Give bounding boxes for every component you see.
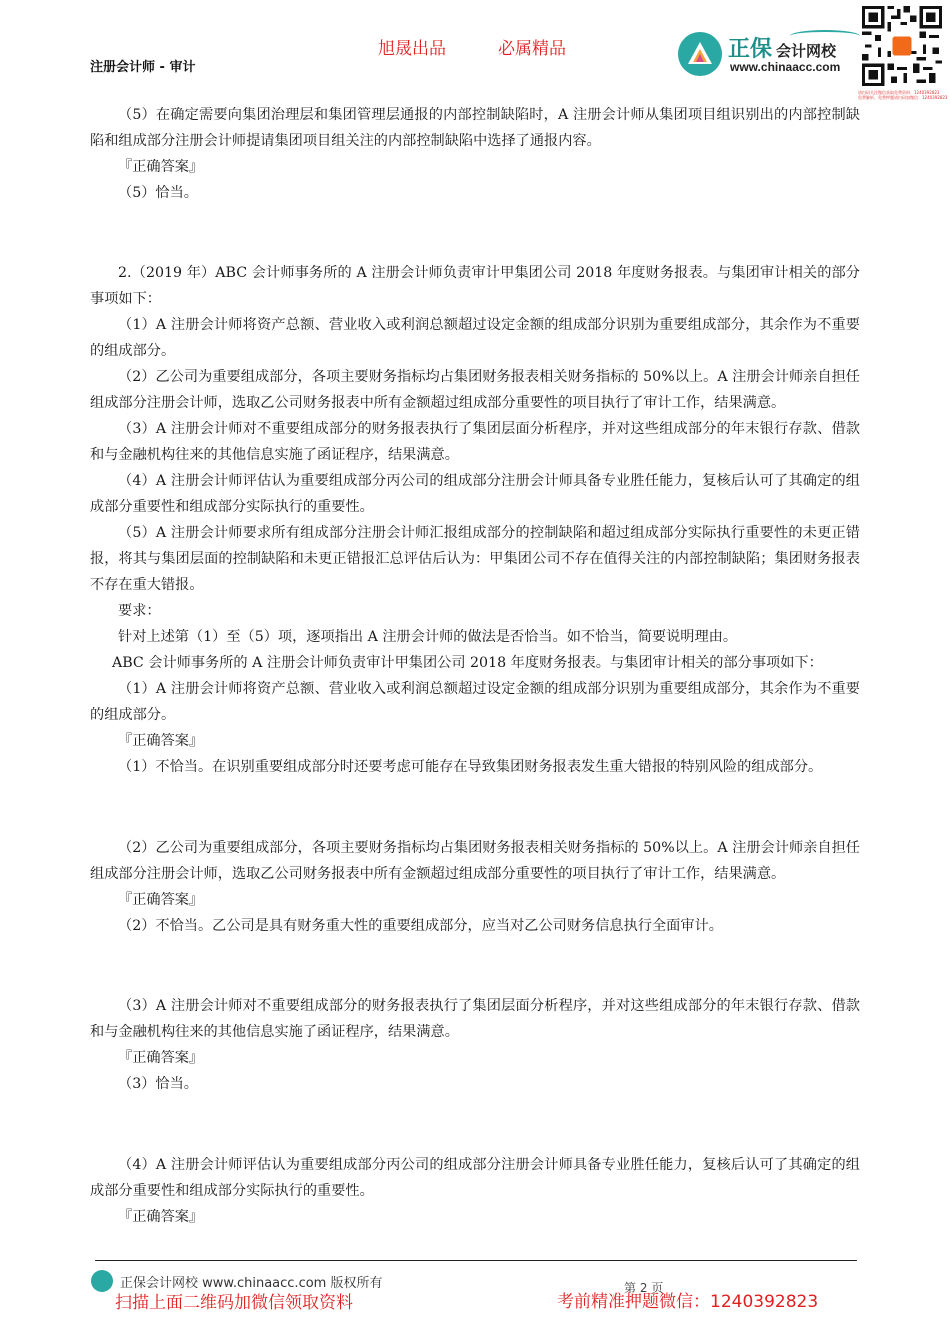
promo-right: 考前精准押题微信：1240392823 xyxy=(557,1287,818,1312)
slogan-right: 必属精品 xyxy=(498,34,566,59)
answer-label: 『正确答案』 xyxy=(90,887,860,913)
paragraph-gap xyxy=(90,795,860,821)
paragraph: （5）A 注册会计师要求所有组成部分注册会计师汇报组成部分的控制缺陷和超过组成部… xyxy=(90,520,860,598)
paragraph: 要求： xyxy=(90,598,860,624)
paragraph: （2）不恰当。乙公司是具有财务重大性的重要组成部分，应当对乙公司财务信息执行全面… xyxy=(90,913,860,939)
paragraph: ABC 会计师事务所的 A 注册会计师负责审计甲集团公司 2018 年度财务报表… xyxy=(90,650,860,676)
paragraph: 针对上述第（1）至（5）项，逐项指出 A 注册会计师的做法是否恰当。如不恰当，简… xyxy=(90,624,860,650)
paragraph-gap xyxy=(90,1111,860,1137)
paragraph: 2.（2019 年）ABC 会计师事务所的 A 注册会计师负责审计甲集团公司 2… xyxy=(90,260,860,312)
qr-caption: 请扫码关注微信获取免费资料：1240392823 免费解析、免费押题请扫码加微信… xyxy=(858,90,948,100)
document-body: （5）在确定需要向集团治理层和集团管理层通报的内部控制缺陷时，A 注册会计师从集… xyxy=(90,102,860,1230)
paragraph: （3）A 注册会计师对不重要组成部分的财务报表执行了集团层面分析程序，并对这些组… xyxy=(90,993,860,1045)
logo-emblem-icon xyxy=(678,32,722,76)
paragraph: （1）不恰当。在识别重要组成部分时还要考虑可能存在导致集团财务报表发生重大错报的… xyxy=(90,754,860,780)
paragraph: （5）在确定需要向集团治理层和集团管理层通报的内部控制缺陷时，A 注册会计师从集… xyxy=(90,102,860,154)
paragraph: （2）乙公司为重要组成部分，各项主要财务指标均占集团财务报表相关财务指标的 50… xyxy=(90,364,860,416)
qr-code xyxy=(862,6,942,86)
promo-left: 扫描上面二维码加微信领取资料 xyxy=(115,1288,353,1313)
paragraph: （4）A 注册会计师评估认为重要组成部分丙公司的组成部分注册会计师具备专业胜任能… xyxy=(90,1152,860,1204)
answer-label: 『正确答案』 xyxy=(90,154,860,180)
paragraph: （2）乙公司为重要组成部分，各项主要财务指标均占集团财务报表相关财务指标的 50… xyxy=(90,835,860,887)
paragraph-gap xyxy=(90,953,860,979)
footer-divider xyxy=(95,1260,857,1261)
paragraph: （1）A 注册会计师将资产总额、营业收入或利润总额超过设定金额的组成部分识别为重… xyxy=(90,676,860,728)
slogan-left: 旭晟出品 xyxy=(378,34,446,59)
footer-logo-icon xyxy=(91,1270,113,1292)
logo-url: www.chinaacc.com xyxy=(730,60,840,74)
logo-name: 正保会计网校 xyxy=(728,32,836,63)
document-subject: 注册会计师 - 审计 xyxy=(90,56,195,75)
paragraph-gap xyxy=(90,220,860,246)
paragraph: （1）A 注册会计师将资产总额、营业收入或利润总额超过设定金额的组成部分识别为重… xyxy=(90,312,860,364)
answer-label: 『正确答案』 xyxy=(90,1045,860,1071)
paragraph: （3）恰当。 xyxy=(90,1071,860,1097)
paragraph: （3）A 注册会计师对不重要组成部分的财务报表执行了集团层面分析程序，并对这些组… xyxy=(90,416,860,468)
answer-label: 『正确答案』 xyxy=(90,728,860,754)
paragraph: （5）恰当。 xyxy=(90,180,860,206)
answer-label: 『正确答案』 xyxy=(90,1204,860,1230)
paragraph: （4）A 注册会计师评估认为重要组成部分丙公司的组成部分注册会计师具备专业胜任能… xyxy=(90,468,860,520)
brand-logo: 正保会计网校 www.chinaacc.com xyxy=(678,30,858,80)
